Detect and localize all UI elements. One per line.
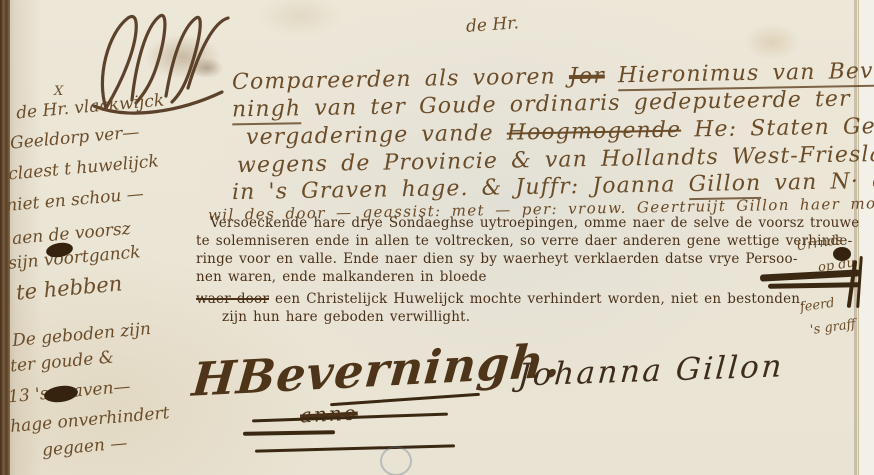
margin-note-line: Geeldorp ver— <box>9 122 140 153</box>
request-line-1: Versoeckende hare drye Sondaeghse uytroe… <box>210 215 860 231</box>
heavy-deletion-stroke <box>768 282 860 289</box>
bride-first-name: Joanna <box>592 172 676 198</box>
margin-note-line: claest t huwelijck <box>7 151 159 184</box>
body-line-5-rest: van N· out —igh jaer <box>774 166 874 196</box>
margin-note-line: niet en schou — <box>5 184 144 216</box>
right-margin-note: feerd <box>799 296 835 316</box>
banns-note-line: gegaen — <box>41 433 128 460</box>
struck-phrase: waer door <box>196 291 269 307</box>
body-line-3-text: vergaderinge vande <box>246 121 494 150</box>
bride-title: Juffr: <box>515 174 579 200</box>
deletion-stroke <box>255 444 455 452</box>
deletion-stroke <box>243 430 335 436</box>
banns-note-line: De geboden zijn <box>11 319 151 351</box>
margin-x-mark: X <box>54 84 63 99</box>
right-margin-note: 's graff <box>809 317 857 338</box>
faint-circle-mark <box>380 446 412 475</box>
margin-note-line: te hebben <box>15 271 123 304</box>
request-line-4: nen waren, ende malkanderen in bloede <box>196 269 487 285</box>
struck-word: Jor <box>569 63 605 89</box>
signature-groom: HBeverningh. <box>190 333 564 407</box>
manuscript-page: de Hr. Compareerden als vooren Jor Hiero… <box>0 0 874 475</box>
interlinear-insertion: de Hr. <box>465 13 519 37</box>
banns-note-line: ter goude & <box>9 348 114 377</box>
request-line-6: zijn hun hare geboden verwillight. <box>222 309 470 325</box>
request-line-2: te solemniseren ende in allen te voltrec… <box>196 233 852 249</box>
request-line-3: ringe voor en valle. Ende naer dien sy b… <box>196 251 798 267</box>
request-line-5-rest: een Christelijck Huwelijck mochte verhin… <box>275 291 805 307</box>
body-line-3-rest: He: Staten Generael <box>694 113 874 143</box>
groom-name-continued: ningh <box>232 96 302 125</box>
request-line-5: waer door een Christelijck Huwelijck moc… <box>196 291 805 307</box>
body-line-1-text: Compareerden als vooren <box>232 64 556 95</box>
ink-blot <box>833 247 851 261</box>
struck-word: Hoogmogende <box>507 118 682 146</box>
heavy-deletion-stroke <box>760 269 860 281</box>
banns-note-line: hage onverhindert <box>9 403 170 437</box>
